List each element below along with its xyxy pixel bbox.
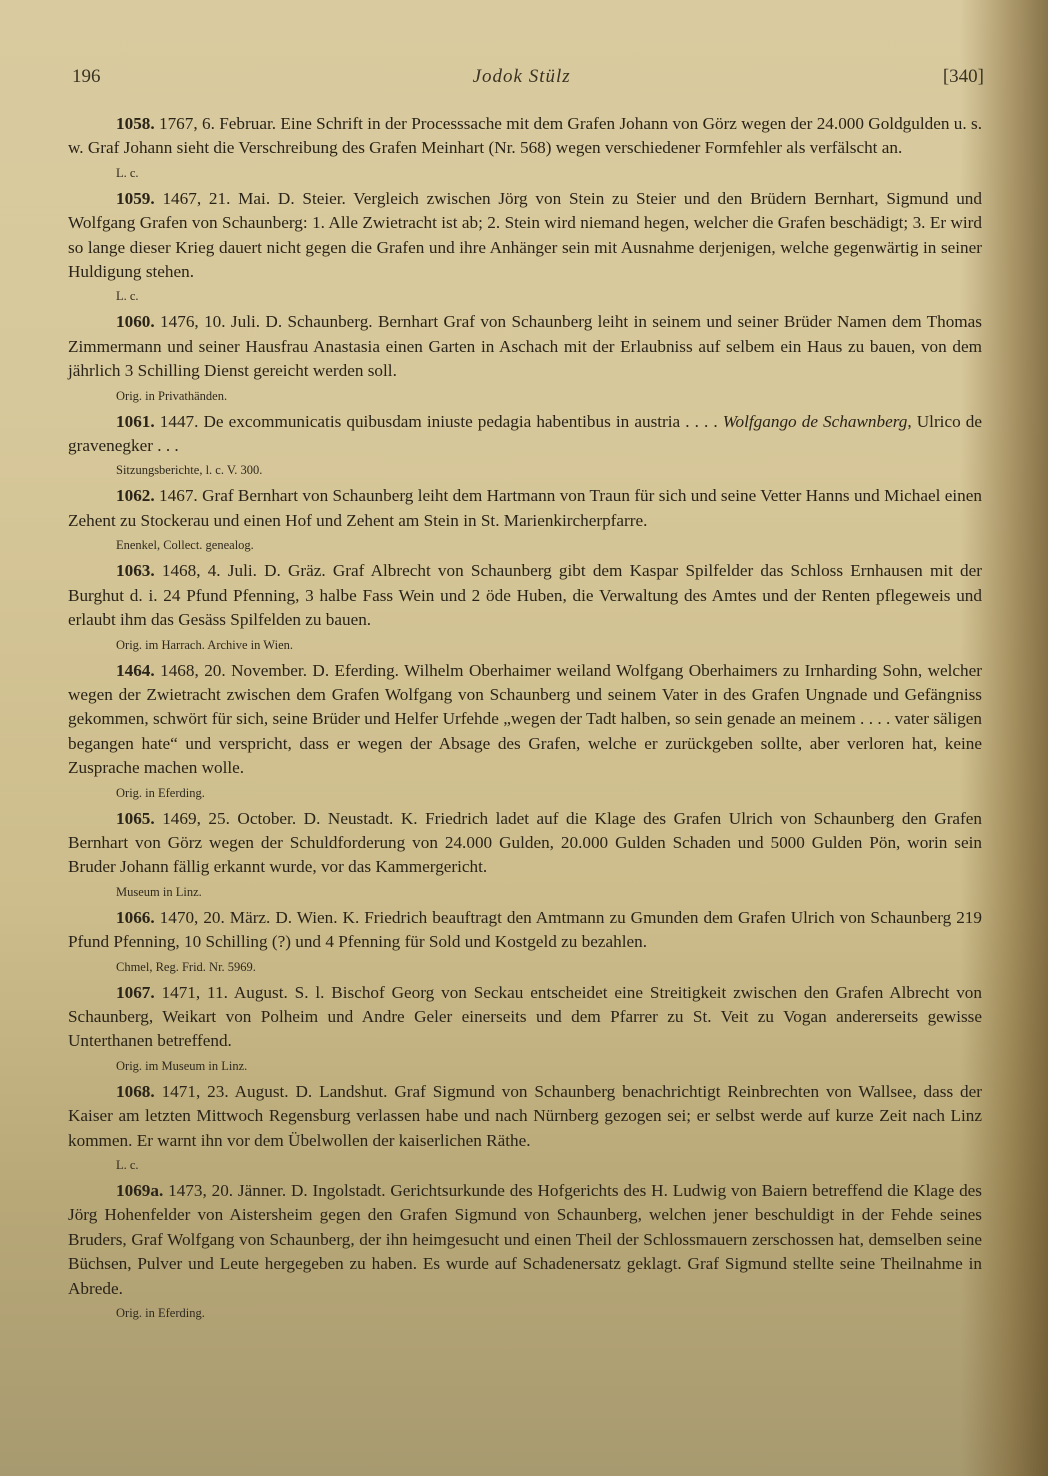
entry-text: 1467. Graf Bernhart von Schaunberg leiht… [68,486,982,529]
entry-source: Chmel, Reg. Frid. Nr. 5969. [116,957,982,977]
entry-source: L. c. [116,163,982,183]
entry-source: L. c. [116,286,982,306]
entry-1061: 1061. 1447. De excommunicatis quibusdam … [68,410,982,481]
entry-1058: 1058. 1767, 6. Februar. Eine Schrift in … [68,112,982,183]
page-header: 196 Jodok Stülz [340] [72,66,984,92]
entry-text: 1468, 20. November. D. Eferding. Wilhelm… [68,661,982,778]
entry-text: 1767, 6. Februar. Eine Schrift in der Pr… [68,114,982,157]
regesta-list: 1058. 1767, 6. Februar. Eine Schrift in … [68,112,982,1327]
entry-number: 1065. [116,809,155,828]
entry-text: 1471, 11. August. S. l. Bischof Georg vo… [68,983,982,1051]
running-title: Jodok Stülz [473,66,571,88]
entry-text: 1467, 21. Mai. D. Steier. Vergleich zwis… [68,189,982,281]
entry-source: Orig. in Privathänden. [116,386,982,406]
original-page-number: [340] [943,66,984,88]
entry-text: 1473, 20. Jänner. D. Ingolstadt. Gericht… [68,1181,982,1298]
entry-1059: 1059. 1467, 21. Mai. D. Steier. Vergleic… [68,187,982,307]
entry-text: 1476, 10. Juli. D. Schaunberg. Bernhart … [68,312,982,380]
entry-source: Orig. in Eferding. [116,1303,982,1323]
entry-number: 1067. [116,983,155,1002]
entry-number: 1059. [116,189,155,208]
entry-1066: 1066. 1470, 20. März. D. Wien. K. Friedr… [68,906,982,977]
entry-source: Orig. im Museum in Linz. [116,1056,982,1076]
entry-text: 1468, 4. Juli. D. Gräz. Graf Albrecht vo… [68,561,982,629]
book-page: 196 Jodok Stülz [340] 1058. 1767, 6. Feb… [0,0,1048,1476]
entry-1060: 1060. 1476, 10. Juli. D. Schaunberg. Ber… [68,310,982,405]
entry-text: 1447. De excommunicatis quibusdam iniust… [155,412,723,431]
entry-number: 1058. [116,114,155,133]
entry-1067: 1067. 1471, 11. August. S. l. Bischof Ge… [68,981,982,1076]
entry-1064: 1464. 1468, 20. November. D. Eferding. W… [68,659,982,803]
entry-number: 1068. [116,1082,155,1101]
entry-text: 1470, 20. März. D. Wien. K. Friedrich be… [68,908,982,951]
entry-number: 1060. [116,312,155,331]
entry-number: 1066. [116,908,155,927]
entry-text: 1471, 23. August. D. Landshut. Graf Sigm… [68,1082,982,1150]
entry-number: 1464. [116,661,155,680]
entry-text: 1469, 25. October. D. Neustadt. K. Fried… [68,809,982,877]
entry-1062: 1062. 1467. Graf Bernhart von Schaunberg… [68,484,982,555]
entry-number: 1061. [116,412,155,431]
entry-number: 1062. [116,486,155,505]
entry-1069a: 1069a. 1473, 20. Jänner. D. Ingolstadt. … [68,1179,982,1323]
entry-1065: 1065. 1469, 25. October. D. Neustadt. K.… [68,807,982,902]
entry-source: Museum in Linz. [116,882,982,902]
entry-source: Orig. in Eferding. [116,783,982,803]
entry-1063: 1063. 1468, 4. Juli. D. Gräz. Graf Albre… [68,559,982,654]
entry-source: Orig. im Harrach. Archive in Wien. [116,635,982,655]
entry-source: Enenkel, Collect. genealog. [116,535,982,555]
entry-source: L. c. [116,1155,982,1175]
entry-1068: 1068. 1471, 23. August. D. Landshut. Gra… [68,1080,982,1175]
entry-number: 1069a. [116,1181,163,1200]
entry-source: Sitzungsberichte, l. c. V. 300. [116,460,982,480]
entry-italic-name: Wolfgango de Schawnberg [723,412,908,431]
entry-number: 1063. [116,561,155,580]
page-number: 196 [72,66,101,88]
